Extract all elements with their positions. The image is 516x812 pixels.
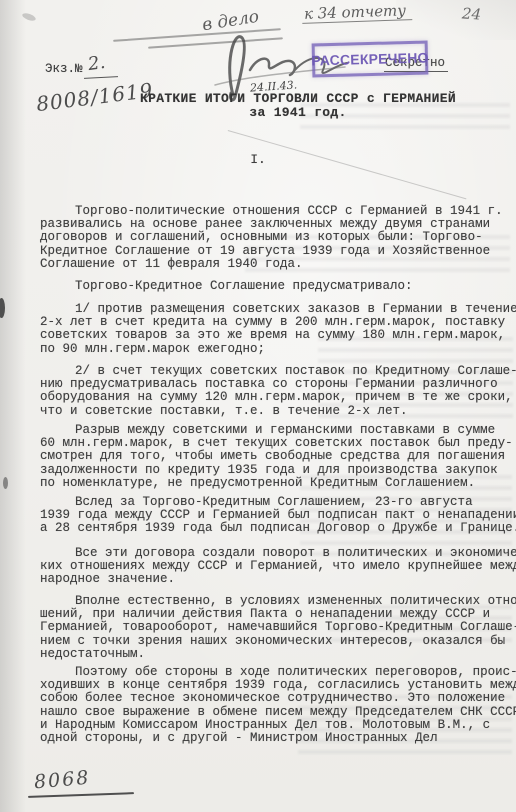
declassified-stamp: РАССЕКРЕЧЕНО (312, 40, 429, 77)
document-title-line2: за 1941 год. (98, 106, 498, 120)
paragraph: Все эти договора создали поворот в полит… (40, 547, 516, 587)
paragraph-line: нашло свое выражение в обмене писем межд… (40, 706, 516, 719)
document-title-line1: КРАТКИЕ ИТОГИ ТОРГОВЛИ СССР с ГЕРМАНИЕЙ (98, 92, 498, 106)
copy-number-label: Экз.№ (45, 62, 83, 76)
copy-number-value: 2. (87, 52, 107, 75)
paragraph-line: нием с точки зрения наших экономических … (40, 635, 516, 648)
paragraph: Торгово-политические отношения СССР с Ге… (40, 205, 516, 271)
ink-speck (0, 298, 5, 318)
paragraph-line: советских товаров за это же время на сум… (40, 329, 516, 342)
paragraph-line: народное значение. (40, 573, 516, 586)
paragraph-line: задолженности по кредиту 1935 года и для… (40, 464, 516, 477)
paragraph-line: одной стороны, и с другой - Министром Ин… (40, 732, 516, 745)
paragraph-line: Кредитное Соглашение от 19 августа 1939 … (40, 245, 516, 258)
paragraph-line: собою более тесное экономическое сотрудн… (40, 692, 516, 705)
page-number: 24 (461, 4, 481, 23)
paragraph-line: по номенклатуре, не предусмотренной Кред… (40, 477, 516, 490)
paragraph-line: оборудования на сумму 120 млн.герм.марок… (40, 391, 516, 404)
paragraph-line: смотрен для того, чтобы иметь свободные … (40, 450, 516, 463)
paragraph: 2/ в счет текущих советских поставок по … (40, 365, 516, 418)
bottom-number-underline (28, 792, 134, 798)
document-page: 24 к 34 отчету в дело 24.II.43. Экз.№ 2.… (0, 0, 516, 812)
declassified-stamp-text: РАССЕКРЕЧЕНО (311, 49, 429, 68)
paragraph: Разрыв между советскими и германскими по… (40, 424, 516, 490)
paragraph: Вполне естественно, в условиях измененны… (40, 595, 516, 661)
paragraph: Торгово-Кредитное Соглашение предусматри… (40, 280, 516, 293)
paragraph-line: Торгово-Кредитное Соглашение предусматри… (40, 280, 516, 293)
paragraph-line: а 28 сентября 1939 года был подписан Дог… (40, 522, 516, 535)
paragraph: Вслед за Торгово-Кредитным Соглашением, … (40, 496, 516, 536)
paragraph-line: Германией, товарооборот, намечавшийся То… (40, 621, 516, 634)
paragraph-line: по 90 млн.герм.марок ежегодно; (40, 343, 516, 356)
paragraph-line: недостаточным. (40, 648, 516, 661)
paragraph-line: что и советские поставки, т.е. в течение… (40, 405, 516, 418)
paragraph-line: договоров и соглашений, основными из кот… (40, 231, 516, 244)
handwritten-bottom-number: 8068 (33, 767, 91, 794)
paragraph: Поэтому обе стороны в ходе политических … (40, 666, 516, 745)
ink-speck (3, 477, 8, 489)
section-number: I. (0, 152, 516, 167)
copy-number-underline (84, 76, 118, 79)
handwritten-top-note: к 34 отчету (302, 1, 413, 24)
paragraph-line: Соглашение от 11 февраля 1940 года. (40, 258, 516, 271)
document-title: КРАТКИЕ ИТОГИ ТОРГОВЛИ СССР с ГЕРМАНИЕЙ … (98, 92, 498, 120)
pencil-smudge (21, 12, 36, 22)
paragraph: 1/ против размещения советских заказов в… (40, 303, 516, 356)
